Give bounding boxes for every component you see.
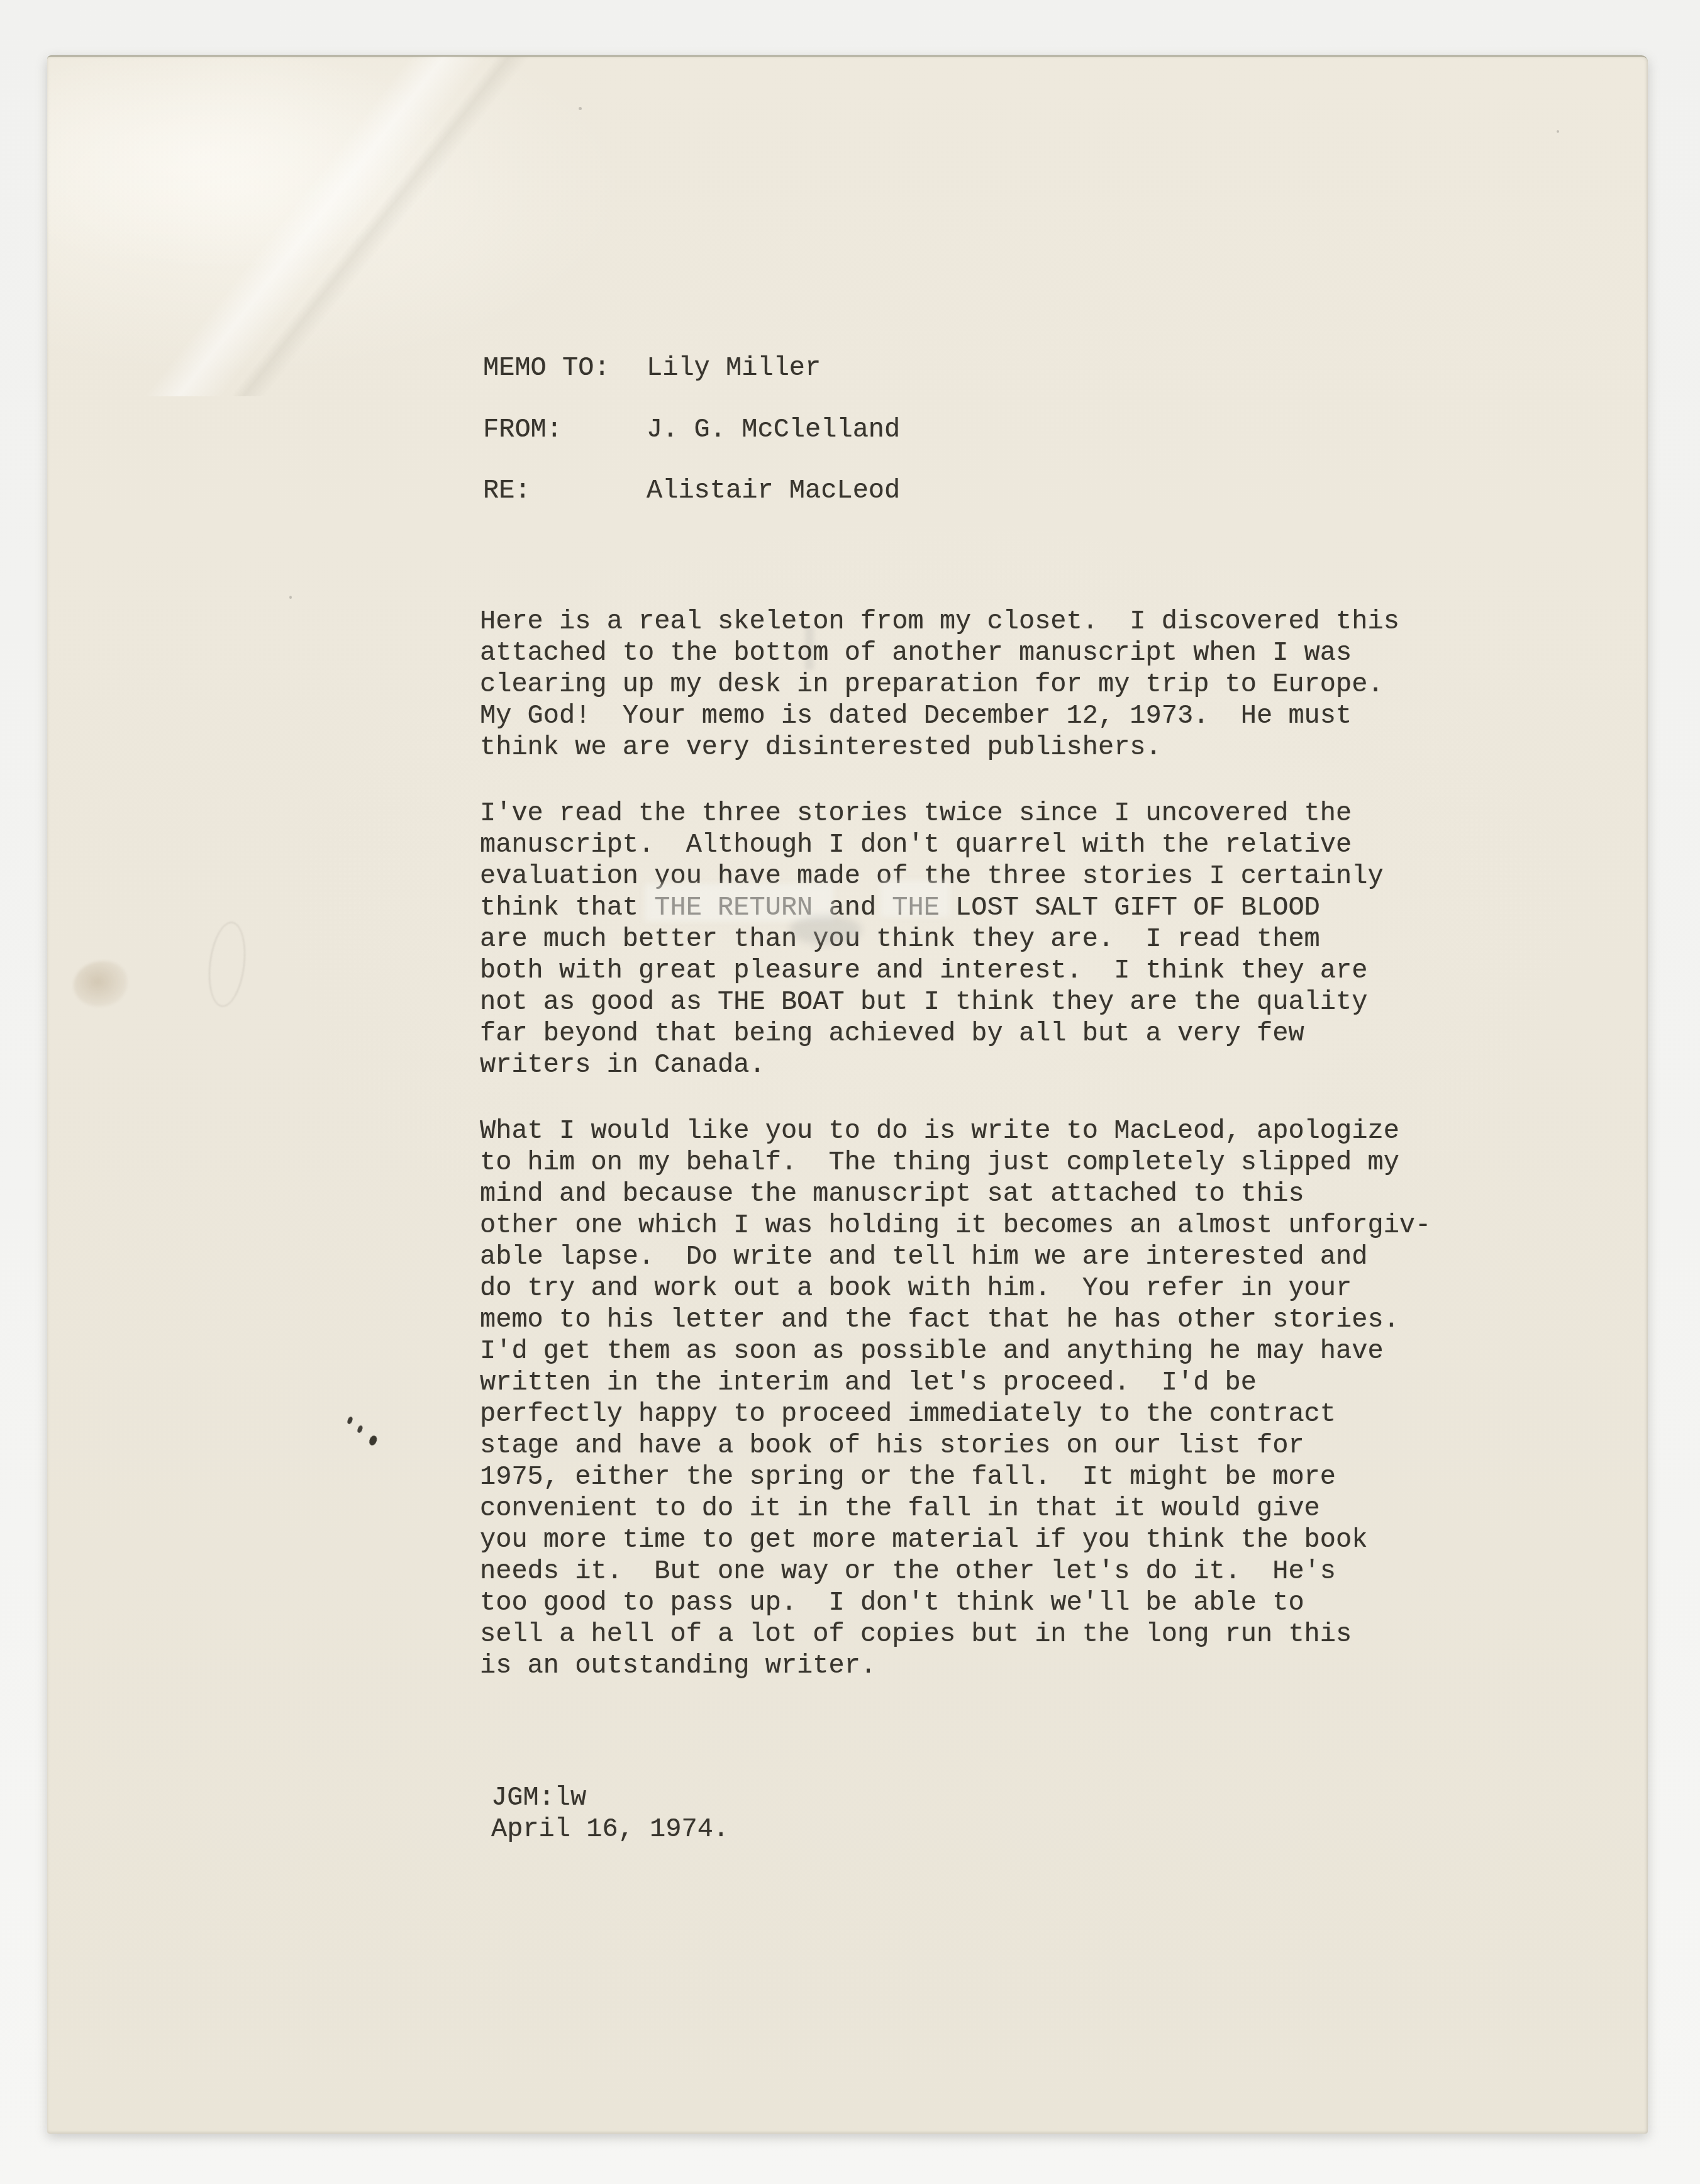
paper-speck: [289, 596, 292, 599]
paper-speck: [1557, 130, 1559, 133]
memo-re-label: RE:: [483, 476, 531, 506]
memo-to-value: Lily Miller: [647, 352, 821, 384]
paper-speck: [579, 107, 582, 110]
memo-from-value: J. G. McClelland: [647, 414, 900, 445]
signature-block: JGM:lw April 16, 1974.: [491, 1782, 729, 1845]
memo-paragraph-1: Here is a real skeleton from my closet. …: [480, 606, 1399, 763]
brown-stain: [74, 961, 127, 1006]
memo-header-field-re: RE: Alistair MacLeod: [483, 475, 1489, 506]
memo-to-label: MEMO TO:: [483, 353, 610, 383]
paper-crease: [47, 57, 645, 396]
memo-re-value: Alistair MacLeod: [647, 475, 900, 506]
memo-paragraph-2: I've read the three stories twice since …: [480, 798, 1384, 1081]
memo-header-field-from: FROM: J. G. McClelland: [483, 414, 1489, 445]
scanned-memo-page: { "colors": { "scan_background": "#f2f2f…: [0, 0, 1700, 2184]
ink-mark: [347, 1416, 353, 1425]
memo-paragraph-3: What I would like you to do is write to …: [480, 1115, 1431, 1681]
memo-document: MEMO TO: Lily Miller FROM: J. G. McClell…: [47, 55, 1648, 2134]
faint-oval-mark: [204, 920, 250, 1009]
memo-header-field-to: MEMO TO: Lily Miller: [483, 352, 1489, 384]
memo-from-label: FROM:: [483, 415, 562, 445]
